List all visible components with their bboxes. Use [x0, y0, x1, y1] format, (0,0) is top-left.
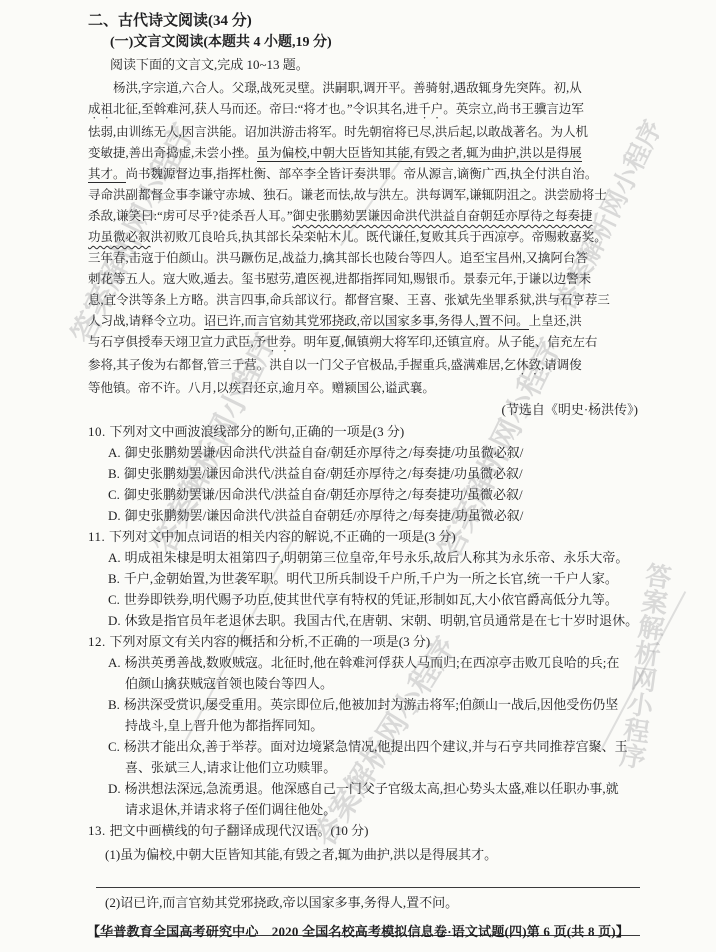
- dotted-term: 成祖: [88, 102, 113, 116]
- question-10-option-D: D.御史张鹏劾罢/谦因命洪代/洪益自奋朝廷/亦厚待之/每奏捷/功虽微必叙/: [108, 505, 640, 526]
- passage-line: 杀敌,谦笑曰:“虏可尽乎?徒杀吾人耳。”御史张鹏劾罢谦因命洪代洪益自奋朝廷亦厚待…: [88, 206, 640, 227]
- question-11-option-C: C.世券即铁券,明代赐予功臣,使其世代享有特权的凭证,形制如瓦,大小依官爵高低分…: [108, 589, 640, 610]
- passage-text: 变敏捷,善出奇捣虚,未尝小挫。: [88, 146, 257, 160]
- option-label: C.: [108, 487, 120, 502]
- translation-sentence-1: (1)虽为偏校,中朝大臣皆知其能,有毁之者,辄为曲护,洪以是得展其才。: [105, 844, 640, 865]
- subsection-title: (一)文言文阅读(本题共 4 小题,19 分): [88, 32, 640, 54]
- question-10-stem: 10. 下列对文中画波浪线部分的断句,正确的一项是(3 分): [88, 421, 640, 442]
- passage-line: 与石亨俱授奉天翊卫宣力武臣,予世券。明年夏,佩镇朔大将军印,还镇宣府。从子能、信…: [88, 332, 640, 355]
- passage-line: 杨洪,字宗道,六合人。父璟,战死灵壁。洪嗣职,调开平。善骑射,遇敌辄身先突阵。初…: [88, 78, 640, 99]
- question-10-option-C: C.御史张鹏劾罢谦/因命洪代/洪益自奋/朝廷亦厚待之/每奏捷功/虽微必叙/: [108, 484, 640, 505]
- passage-text: 杨洪,字宗道,六合人。父璟,战死灵壁。洪嗣职,调开平。善骑射,遇敌辄身先突阵。初…: [113, 81, 582, 95]
- passage-line: 三年春,击寇于伯颜山。洪马蹶伤足,战益力,擒其部长也陵台等四人。追至宝昌州,又擒…: [88, 248, 640, 269]
- question-12-option-B-cont: 持战斗,皇上晋升他为都指挥同知。: [125, 715, 640, 736]
- exam-page: 二、古代诗文阅读(34 分) (一)文言文阅读(本题共 4 小题,19 分) 阅…: [0, 0, 716, 952]
- translation-sentence-2: (2)诏已许,而言官劾其党邪挠政,帝以国家多事,务得人,置不问。: [105, 892, 640, 913]
- question-10-option-B: B.御史张鹏劾罢/谦因命洪代/洪益自奋/朝廷亦厚待之/每奏捷/功虽微必叙/: [108, 463, 640, 484]
- passage-text: 怯弱,由训练无人,因言洪能。诏加洪游击将军。时先朝宿将已尽,洪后起,以敢战著名。…: [88, 125, 588, 139]
- passage-text: 。明年夏,佩镇朔大将军印,还镇宣府。从子能、信充左右: [291, 335, 597, 349]
- question-11-stem: 11. 下列对文中加点词语的相关内容的解说,不正确的一项是(3 分): [88, 526, 640, 547]
- passage-text: ,请调俊: [541, 358, 582, 372]
- underlined-text: 诏已许,而言官劾其党邪挠政,帝以国家多事,务得人,置不问。: [204, 314, 529, 330]
- question-12-option-B: B.杨洪深受赏识,屡受重用。英宗即位后,他被加封为游击将军;伯颜山一战后,因他受…: [108, 694, 640, 715]
- passage-text: 等他镇。帝不许。八月,以疾召还京,逾月卒。赠颍国公,谥武襄。: [88, 381, 435, 395]
- wavy-underlined-text: 功虽微必叙: [88, 230, 151, 244]
- passage-text: 杀敌,谦笑曰:“虏可尽乎?徒杀吾人耳。”: [88, 209, 293, 223]
- option-label: D.: [108, 508, 121, 523]
- question-number: 11.: [88, 529, 109, 544]
- option-label: D.: [108, 613, 121, 628]
- passage-line: 其才。尚书魏源督边事,指挥杜衡、部卒李全皆讦奏洪罪。帝从源言,谪衡广西,执全付洪…: [88, 164, 640, 185]
- question-11-option-A: A.明成祖朱棣是明太祖第四子,明朝第三位皇帝,年号永乐,故后人称其为永乐帝、永乐…: [108, 547, 640, 568]
- passage-text: 寻命洪副都督佥事李谦守赤城、独石。谦老而怯,故与洪左。洪每调军,谦辄阴沮之。洪尝…: [88, 188, 607, 202]
- option-label: A.: [108, 655, 121, 670]
- dotted-term: 世券: [266, 335, 291, 349]
- question-number: 10.: [88, 424, 110, 439]
- passage-line: 人习战,请释令立功。诏已许,而言官劾其党邪挠政,帝以国家多事,务得人,置不问。上…: [88, 311, 640, 332]
- dotted-term: 休致: [516, 358, 541, 372]
- passage-text: 参将,其子俊为右都督,管三千营。洪自以一门父子官极品,手握重兵,盛满难居,乞: [88, 358, 516, 372]
- option-label: C.: [108, 739, 120, 754]
- passage-line: 息,宜令洪等条上方略。洪言四事,命兵部议行。都督宫聚、王喜、张斌先坐罪系狱,洪与…: [88, 290, 640, 311]
- question-13-stem: 13. 把文中画横线的句子翻译成现代汉语。(10 分): [88, 820, 640, 841]
- wavy-underlined-text: 御史张鹏劾罢谦因命洪代洪益自奋朝廷亦厚待之每奏捷: [293, 209, 593, 223]
- question-12: 12. 下列对原文有关内容的概括和分析,不正确的一项是(3 分)A.杨洪英勇善战…: [88, 631, 640, 820]
- option-label: A.: [108, 550, 121, 565]
- option-label: C.: [108, 592, 120, 607]
- questions: 10. 下列对文中画波浪线部分的断句,正确的一项是(3 分)A.御史张鹏劾罢谦/…: [88, 421, 640, 936]
- passage-line: 参将,其子俊为右都督,管三千营。洪自以一门父子官极品,手握重兵,盛满难居,乞休致…: [88, 355, 640, 378]
- passage-text: 北征,至斡难河,获人马而还。帝曰:“将才也。”令识其名,进: [113, 102, 418, 116]
- question-12-option-C: C.杨洪才能出众,善于举荐。面对边境紧急情况,他提出四个建议,并与石亨共同推荐宫…: [108, 736, 640, 757]
- question-10-option-A: A.御史张鹏劾罢谦/因命洪代/洪益自奋/朝廷亦厚待之/每奏捷/功虽微必叙/: [108, 442, 640, 463]
- option-label: B.: [108, 466, 120, 481]
- option-label: A.: [108, 445, 121, 460]
- page-footer: 【华普教育全国高考研究中心 2020 全国名校高考模拟信息卷·语文试题(四)第 …: [0, 921, 716, 940]
- passage-text: 上皇还,洪: [529, 314, 582, 328]
- underlined-text: 其才。: [88, 167, 126, 183]
- passage-text: 息,宜令洪等条上方略。洪言四事,命兵部议行。都督宫聚、王喜、张斌先坐罪系狱,洪与…: [88, 293, 610, 307]
- question-11-option-D: D.休致是指官员年老退休去职。我国古代,在唐朝、宋朝、明朝,官员通常是在七十岁时…: [108, 610, 640, 631]
- dotted-term: 千户: [418, 102, 443, 116]
- question-12-option-C-cont: 喜、张斌三人,请求让他们立功赎罪。: [125, 757, 640, 778]
- question-12-stem: 12. 下列对原文有关内容的概括和分析,不正确的一项是(3 分): [88, 631, 640, 652]
- question-10: 10. 下列对文中画波浪线部分的断句,正确的一项是(3 分)A.御史张鹏劾罢谦/…: [88, 421, 640, 526]
- passage-text: 人习战,请释令立功。: [88, 314, 204, 328]
- passage-text: 。英宗立,尚书王骥言边军: [443, 102, 584, 116]
- question-12-option-A: A.杨洪英勇善战,数败贼寇。北征时,他在斡难河俘获人马而归;在西凉亭击败兀良哈的…: [108, 652, 640, 673]
- source-attribution: (节选自《明史·杨洪传》): [88, 399, 640, 421]
- question-12-option-D: D.杨洪想法深远,急流勇退。他深感自己一门父子官级太高,担心势头太盛,难以任职办…: [108, 778, 640, 799]
- option-label: B.: [108, 571, 120, 586]
- question-11: 11. 下列对文中加点词语的相关内容的解说,不正确的一项是(3 分)A.明成祖朱…: [88, 526, 640, 631]
- question-number: 12.: [88, 634, 110, 649]
- question-number: 13.: [88, 823, 110, 838]
- passage-line: 功虽微必叙洪初败兀良哈兵,执其部长朵栾帖木儿。既代谦任,复败其兵于西凉亭。帝赐敕…: [88, 227, 640, 248]
- option-label: D.: [108, 781, 121, 796]
- question-13: 13. 把文中画横线的句子翻译成现代汉语。(10 分)(1)虽为偏校,中朝大臣皆…: [88, 820, 640, 936]
- passage-line: 刺花等五人。寇大败,遁去。玺书慰劳,遣医视,进都指挥同知,赐银币。景泰元年,于谦…: [88, 269, 640, 290]
- passage-line: 怯弱,由训练无人,因言洪能。诏加洪游击将军。时先朝宿将已尽,洪后起,以敢战著名。…: [88, 122, 640, 143]
- option-label: B.: [108, 697, 120, 712]
- underlined-text: 虽为偏校,中朝大臣皆知其能,有毁之者,辄为曲护,洪以是得展: [257, 146, 582, 162]
- passage-line: 成祖北征,至斡难河,获人马而还。帝曰:“将才也。”令识其名,进千户。英宗立,尚书…: [88, 99, 640, 122]
- passage-text: 尚书魏源督边事,指挥杜衡、部卒李全皆讦奏洪罪。帝从源言,谪衡广西,执全付洪自治。: [126, 167, 598, 181]
- passage-line: 寻命洪副都督佥事李谦守赤城、独石。谦老而怯,故与洪左。洪每调军,谦辄阴沮之。洪尝…: [88, 185, 640, 206]
- question-12-option-D-cont: 请求退休,并请求将子侄们调往他处。: [125, 799, 640, 820]
- passage: 杨洪,字宗道,六合人。父璟,战死灵壁。洪嗣职,调开平。善骑射,遇敌辄身先突阵。初…: [88, 78, 640, 399]
- passage-text: 刺花等五人。寇大败,遁去。玺书慰劳,遣医视,进都指挥同知,赐银币。景泰元年,于谦…: [88, 272, 591, 286]
- passage-line: 等他镇。帝不许。八月,以疾召还京,逾月卒。赠颍国公,谥武襄。: [88, 378, 640, 399]
- question-12-option-A-cont: 伯颜山擒获贼寇首领也陵台等四人。: [125, 673, 640, 694]
- question-11-option-B: B.千户,金朝始置,为世袭军职。明代卫所兵制设千户所,千户为一所之长官,统一千户…: [108, 568, 640, 589]
- passage-text: 三年春,击寇于伯颜山。洪马蹶伤足,战益力,擒其部长也陵台等四人。追至宝昌州,又擒…: [88, 251, 588, 265]
- section-title: 二、古代诗文阅读(34 分): [88, 10, 640, 32]
- passage-line: 变敏捷,善出奇捣虚,未尝小挫。虽为偏校,中朝大臣皆知其能,有毁之者,辄为曲护,洪…: [88, 143, 640, 164]
- reading-instruction: 阅读下面的文言文,完成 10~13 题。: [88, 54, 640, 76]
- answer-blank-line: [96, 865, 640, 888]
- passage-text: 洪初败兀良哈兵,执其部长朵栾帖木儿。既代谦任,复败其兵于西凉亭。帝赐敕嘉奖。: [151, 230, 607, 244]
- passage-text: 与石亨俱授奉天翊卫宣力武臣,予: [88, 335, 266, 349]
